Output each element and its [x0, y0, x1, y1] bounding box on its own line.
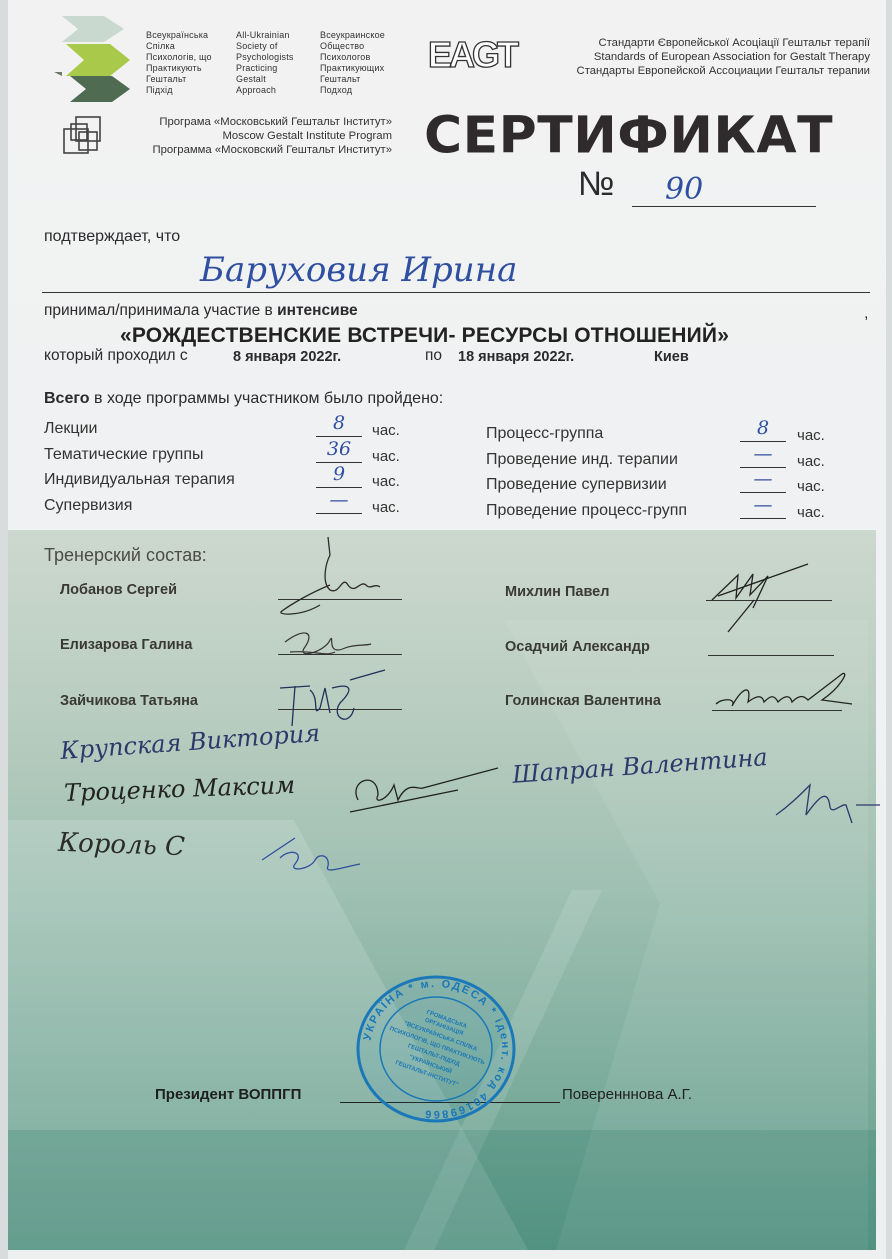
city: Киев: [654, 349, 689, 365]
org-en-line: All-Ukrainian: [236, 30, 294, 41]
trainer-name: Голинская Валентина: [505, 693, 661, 709]
hours-value: —: [740, 494, 786, 516]
org-ua-line: Гештальт: [146, 74, 212, 85]
org-en-line: Gestalt: [236, 74, 294, 85]
certificate-number: 90: [665, 172, 703, 207]
signature-line: [708, 655, 834, 656]
signature-scribble: [270, 535, 410, 625]
president-label: Президент ВОППГП: [155, 1086, 301, 1103]
hours-label: Проведение инд. терапии: [486, 451, 678, 469]
overlapping-squares-logo-icon: [62, 115, 104, 157]
signature-scribble: [260, 830, 370, 875]
signature-scribble: [712, 668, 852, 718]
hours-label: Лекции: [44, 420, 97, 438]
org-ru-line: Подход: [320, 85, 385, 96]
participant-name: Баруховия Ирина: [200, 250, 517, 290]
org-en-line: Psychologists: [236, 52, 294, 63]
handwritten-trainer: Король С: [58, 828, 186, 862]
org-name-ua: Всеукраїнська Спілка Психологів, що Прак…: [146, 30, 212, 96]
org-name-ru: Всеукраинское Общество Психологов Практи…: [320, 30, 385, 96]
trainer-name: Лобанов Сергей: [60, 582, 177, 598]
trainers-title: Тренерский состав:: [44, 545, 207, 566]
org-ru-line: Всеукраинское: [320, 30, 385, 41]
hours-intro-text: в ходе программы участником было пройден…: [90, 390, 444, 407]
program-line: Програма «Московський Гештальт Інститут»: [153, 115, 393, 129]
org-ua-line: Спілка: [146, 41, 212, 52]
date-to: 18 января 2022г.: [458, 349, 574, 365]
org-en-line: Practicing: [236, 63, 294, 74]
org-ru-line: Гештальт: [320, 74, 385, 85]
org-ru-line: Практикующих: [320, 63, 385, 74]
eagt-logo: EAGT: [428, 34, 516, 76]
eagt-standards: Стандарти Європейської Асоціації Гешталь…: [577, 36, 870, 78]
hours-unit: час.: [372, 473, 400, 490]
hours-value: 8: [740, 417, 786, 439]
org-name-en: All-Ukrainian Society of Psychologists P…: [236, 30, 294, 96]
green-arrows-logo-icon: [52, 14, 132, 104]
president-name: Поверенннова А.Г.: [562, 1086, 692, 1103]
trainer-name: Елизарова Галина: [60, 637, 192, 653]
org-en-line: Society of: [236, 41, 294, 52]
confirms-text: подтверждает, что: [44, 228, 180, 246]
held-label: который проходил с: [44, 347, 188, 365]
hours-unit: час.: [797, 453, 825, 470]
signature-scribble: [275, 622, 375, 667]
participation-label: принимал/принимала участие в: [44, 302, 277, 319]
participation-type: интенсиве: [277, 302, 358, 319]
org-ru-line: Общество: [320, 41, 385, 52]
trainer-name: Зайчикова Татьяна: [60, 693, 198, 709]
hours-value: —: [740, 443, 786, 465]
hours-label: Проведение процесс-групп: [486, 502, 687, 520]
trainer-name: Осадчий Александр: [505, 639, 650, 655]
comma-mark: ,: [864, 305, 868, 323]
hours-unit: час.: [372, 499, 400, 516]
hours-value: 8: [316, 412, 362, 434]
hours-value: —: [316, 489, 362, 511]
certificate-title: СЕРТИФИКАТ: [424, 107, 833, 166]
hours-label: Супервизия: [44, 497, 132, 515]
hours-unit: час.: [797, 504, 825, 521]
hours-unit: час.: [372, 422, 400, 439]
name-underline: [42, 292, 870, 293]
standards-line: Стандарты Европейской Ассоциации Гешталь…: [577, 64, 870, 78]
hours-unit: час.: [797, 478, 825, 495]
standards-line: Стандарти Європейської Асоціації Гешталь…: [577, 36, 870, 50]
signature-scribble: [348, 760, 508, 820]
hours-intro: Всего в ходе программы участником было п…: [44, 390, 443, 408]
signature-scribble: [708, 560, 818, 635]
signature-scribble: [770, 775, 880, 835]
hours-value: —: [740, 468, 786, 490]
number-underline: [632, 206, 816, 207]
hours-unit: час.: [797, 427, 825, 444]
program-line: Программа «Московский Гештальт Институт»: [153, 143, 393, 157]
hours-intro-bold: Всего: [44, 390, 90, 407]
org-ua-line: Психологів, що: [146, 52, 212, 63]
hours-value: 36: [316, 438, 362, 460]
event-title: «РОЖДЕСТВЕНСКИЕ ВСТРЕЧИ- РЕСУРСЫ ОТНОШЕН…: [120, 324, 729, 348]
org-en-line: Approach: [236, 85, 294, 96]
hours-label: Проведение супервизии: [486, 476, 667, 494]
to-label: по: [425, 347, 442, 365]
hours-value: 9: [316, 463, 362, 485]
official-stamp-icon: УКРАЇНА * м. ОДЕСА * ідент. код 40169866…: [356, 975, 516, 1123]
hours-underline: [316, 513, 362, 514]
hours-underline: [740, 518, 786, 519]
hours-label: Процесс-группа: [486, 425, 603, 443]
program-text: Програма «Московський Гештальт Інститут»…: [153, 115, 393, 157]
hours-label: Тематические группы: [44, 446, 203, 464]
org-ua-line: Практикують: [146, 63, 212, 74]
org-ua-line: Підхід: [146, 85, 212, 96]
program-line: Moscow Gestalt Institute Program: [153, 129, 393, 143]
number-label: №: [578, 165, 614, 204]
bg-shape: [8, 1130, 876, 1250]
standards-line: Standards of European Association for Ge…: [577, 50, 870, 64]
hours-label: Индивидуальная терапия: [44, 471, 235, 489]
date-from: 8 января 2022г.: [233, 349, 341, 365]
hours-unit: час.: [372, 448, 400, 465]
org-ru-line: Психологов: [320, 52, 385, 63]
org-ua-line: Всеукраїнська: [146, 30, 212, 41]
trainer-name: Михлин Павел: [505, 584, 609, 600]
participation-text: принимал/принимала участие в интенсиве: [44, 302, 358, 320]
